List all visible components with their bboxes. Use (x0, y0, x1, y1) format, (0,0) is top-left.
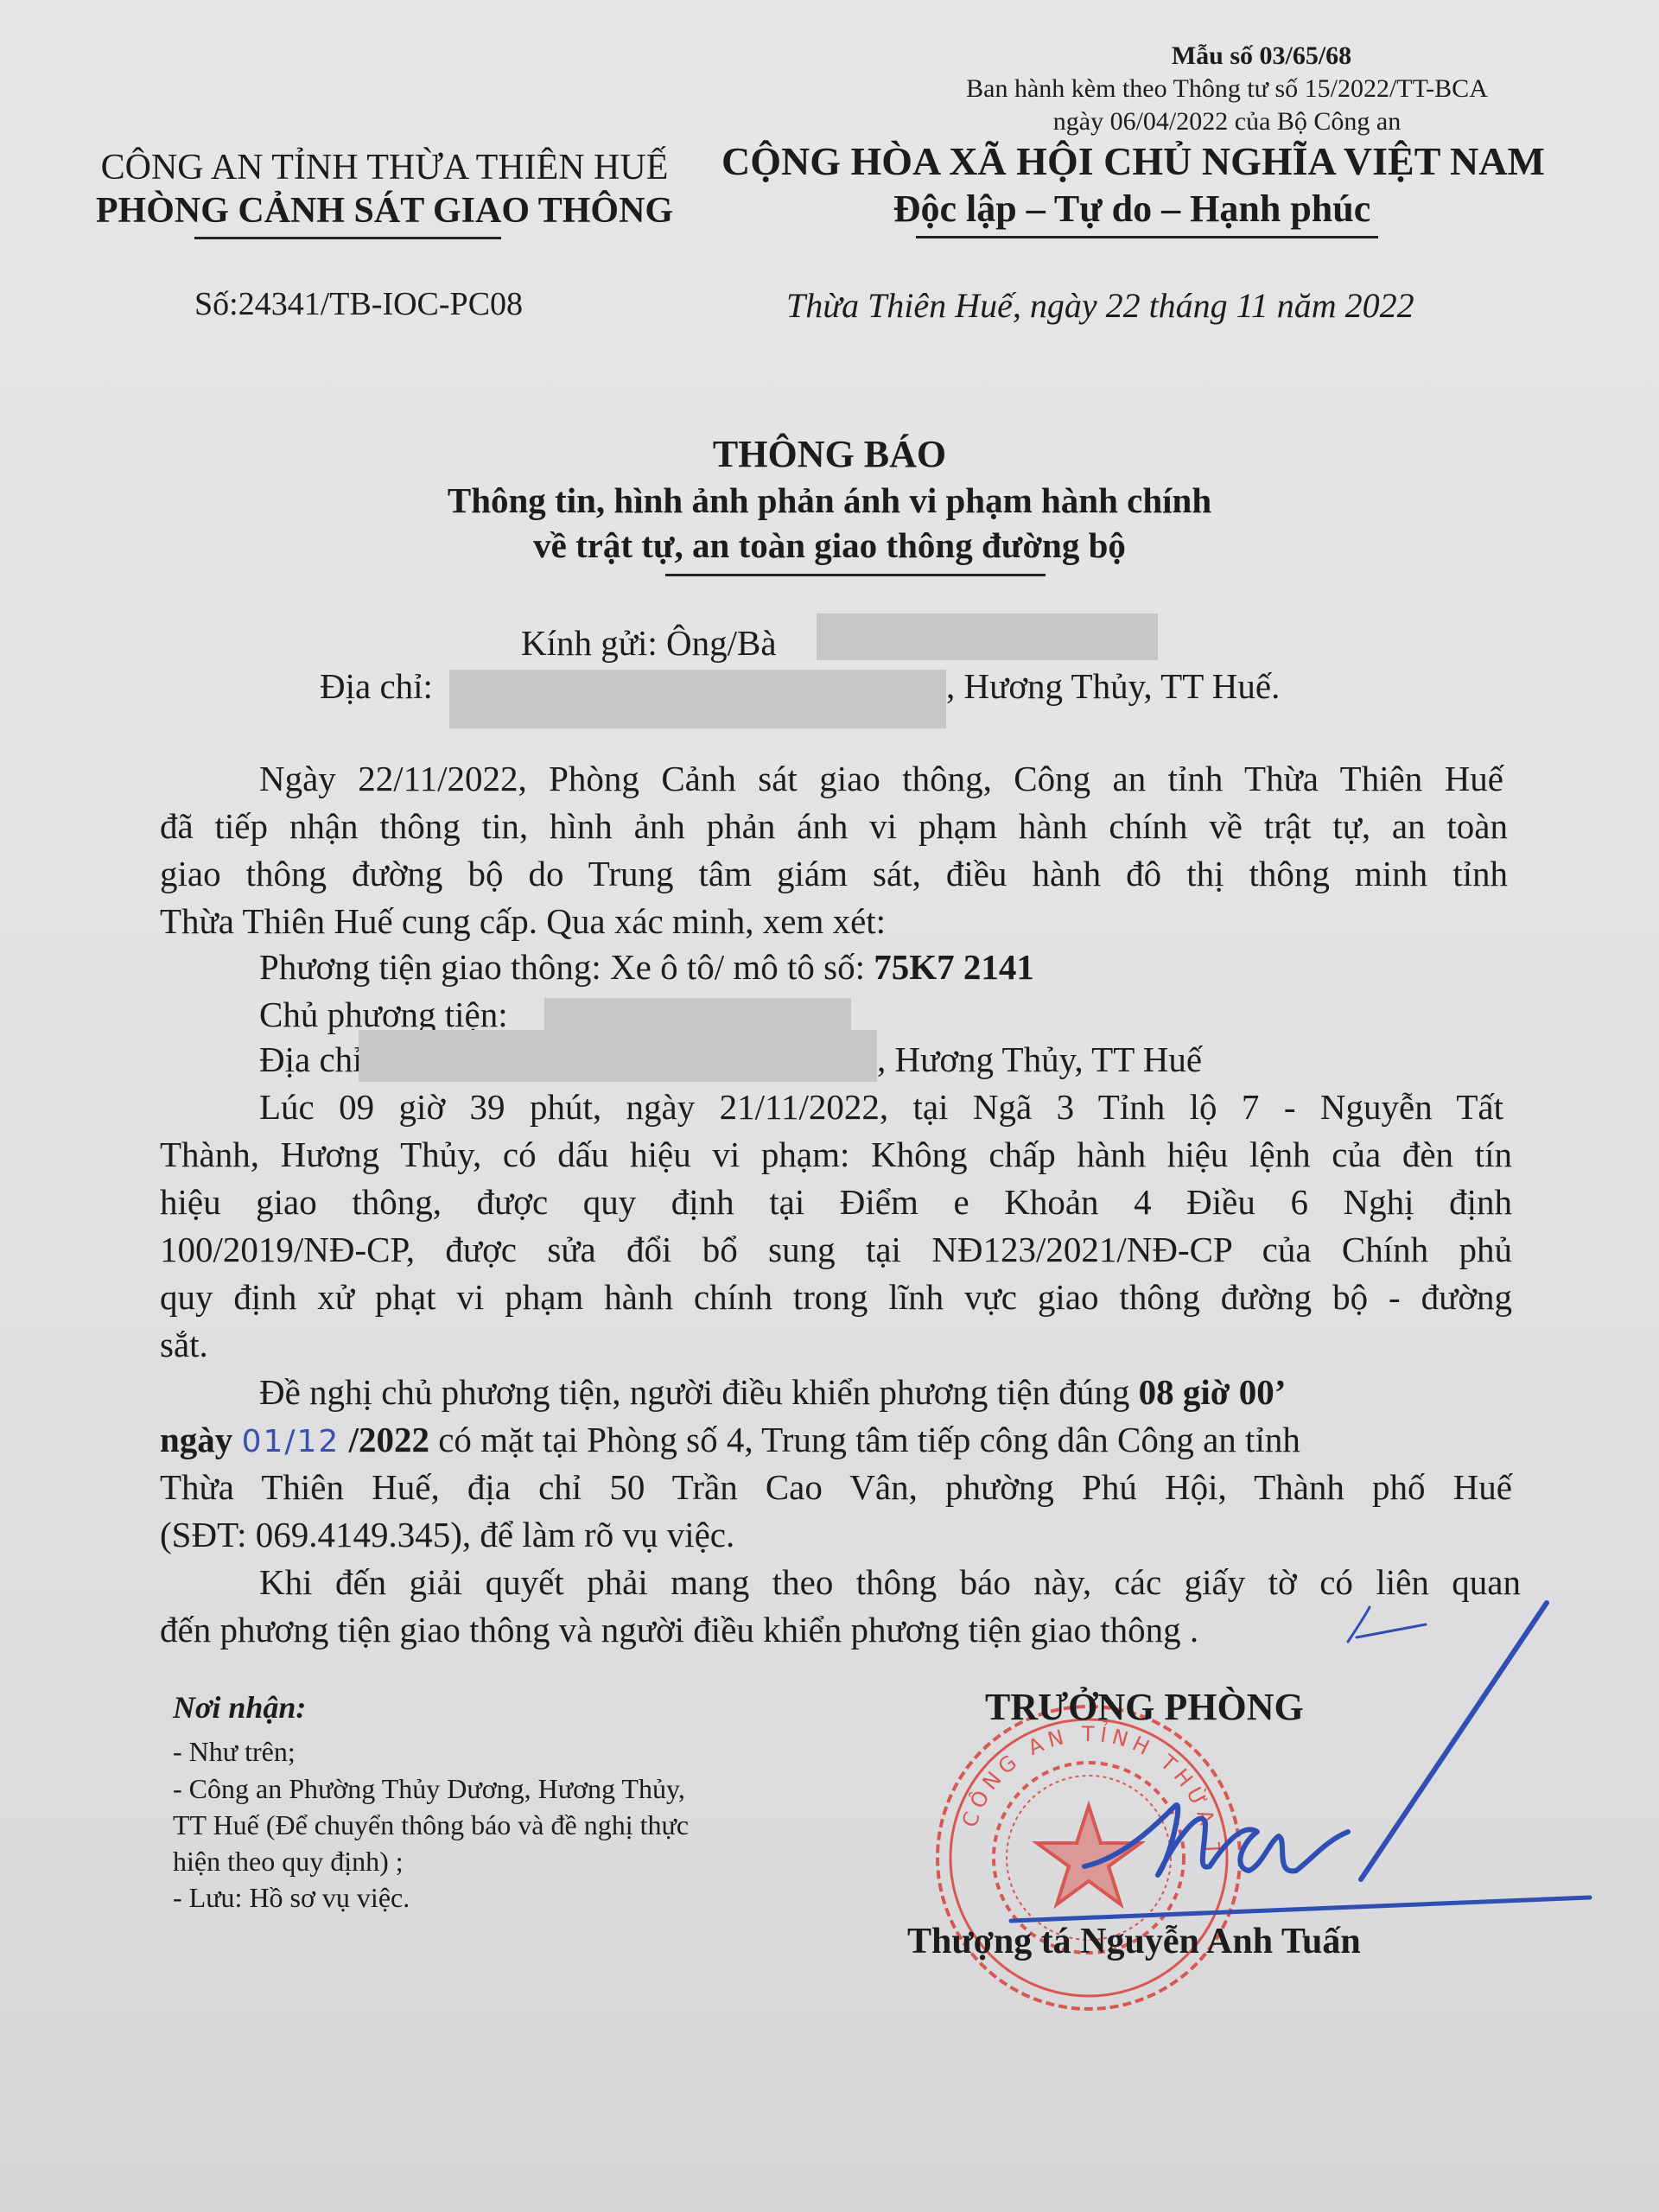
signer-position: TRƯỞNG PHÒNG (985, 1685, 1304, 1729)
signer-name: Thượng tá Nguyễn Anh Tuấn (907, 1921, 1361, 1962)
official-stamp-icon (938, 1707, 1240, 2009)
stamp-text: CÔNG AN TỈNH THỪA THIÊN HUẾ (0, 0, 1224, 1861)
stamp-and-signature-layer: CÔNG AN TỈNH THỪA THIÊN HUẾ (0, 0, 1659, 2212)
